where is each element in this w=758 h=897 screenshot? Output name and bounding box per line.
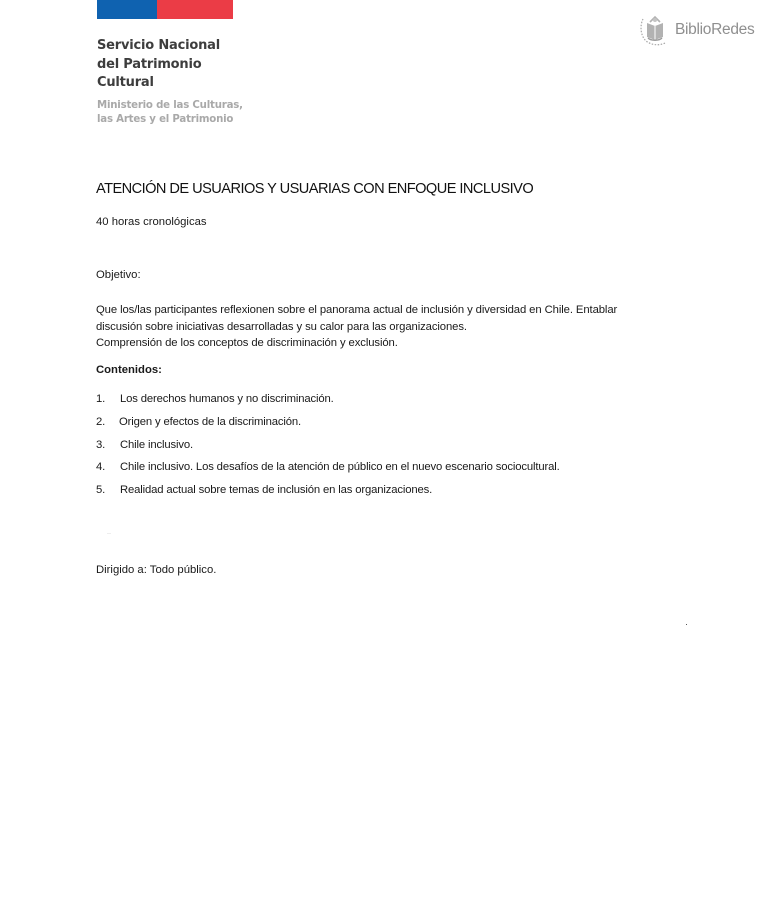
objective-text: Que los/las participantes reflexionen so… [96, 302, 690, 352]
contents-heading: Contenidos: [96, 364, 162, 376]
biblioredes-wordmark: BiblioRedes [675, 21, 754, 39]
list-item: 3. Chile inclusivo. [96, 439, 560, 462]
objective-line: Comprensión de los conceptos de discrimi… [96, 335, 690, 352]
objective-heading: Objetivo: [96, 269, 141, 281]
list-item-number: 3. [96, 439, 120, 462]
list-item-number: 4. [96, 461, 120, 484]
chile-flag-bar [97, 0, 233, 19]
list-item: 5. Realidad actual sobre temas de inclus… [96, 484, 560, 507]
organization-name-line: Cultural [97, 74, 243, 93]
list-item-number: 5. [96, 484, 120, 507]
list-item-text: Los derechos humanos y no discriminación… [120, 393, 334, 416]
list-item-text: Chile inclusivo. [120, 439, 193, 462]
flag-blue-segment [97, 0, 157, 19]
biblioredes-logo: BiblioRedes [637, 13, 754, 47]
organization-logo: Servicio Nacional del Patrimonio Cultura… [97, 37, 243, 128]
ministry-name-line: las Artes y el Patrimonio [97, 113, 243, 128]
objective-line: Que los/las participantes reflexionen so… [96, 302, 690, 319]
list-item: 4. Chile inclusivo. Los desafíos de la a… [96, 461, 560, 484]
ministry-name-line: Ministerio de las Culturas, [97, 99, 243, 114]
target-audience: Dirigido a: Todo público. [96, 564, 216, 576]
organization-name: Servicio Nacional del Patrimonio Cultura… [97, 37, 243, 93]
organization-name-line: Servicio Nacional [97, 37, 243, 56]
open-book-icon [637, 13, 673, 47]
organization-name-line: del Patrimonio [97, 56, 243, 75]
course-title: ATENCIÓN DE USUARIOS Y USUARIAS CON ENFO… [96, 181, 533, 197]
contents-list: 1. Los derechos humanos y no discriminac… [96, 393, 560, 507]
list-item-text: Origen y efectos de la discriminación. [119, 416, 301, 439]
flag-red-segment [157, 0, 233, 19]
objective-line: discusión sobre iniciativas desarrollada… [96, 319, 690, 336]
list-item-text: Realidad actual sobre temas de inclusión… [120, 484, 432, 507]
scan-artifact [107, 533, 111, 534]
list-item-text: Chile inclusivo. Los desafíos de la aten… [120, 461, 560, 484]
list-item: 1. Los derechos humanos y no discriminac… [96, 393, 560, 416]
ministry-name: Ministerio de las Culturas, las Artes y … [97, 99, 243, 128]
list-item: 2. Origen y efectos de la discriminación… [96, 416, 560, 439]
course-hours: 40 horas cronológicas [96, 216, 207, 228]
list-item-number: 1. [96, 393, 120, 416]
list-item-number: 2. [96, 416, 119, 439]
scan-artifact [686, 624, 687, 625]
